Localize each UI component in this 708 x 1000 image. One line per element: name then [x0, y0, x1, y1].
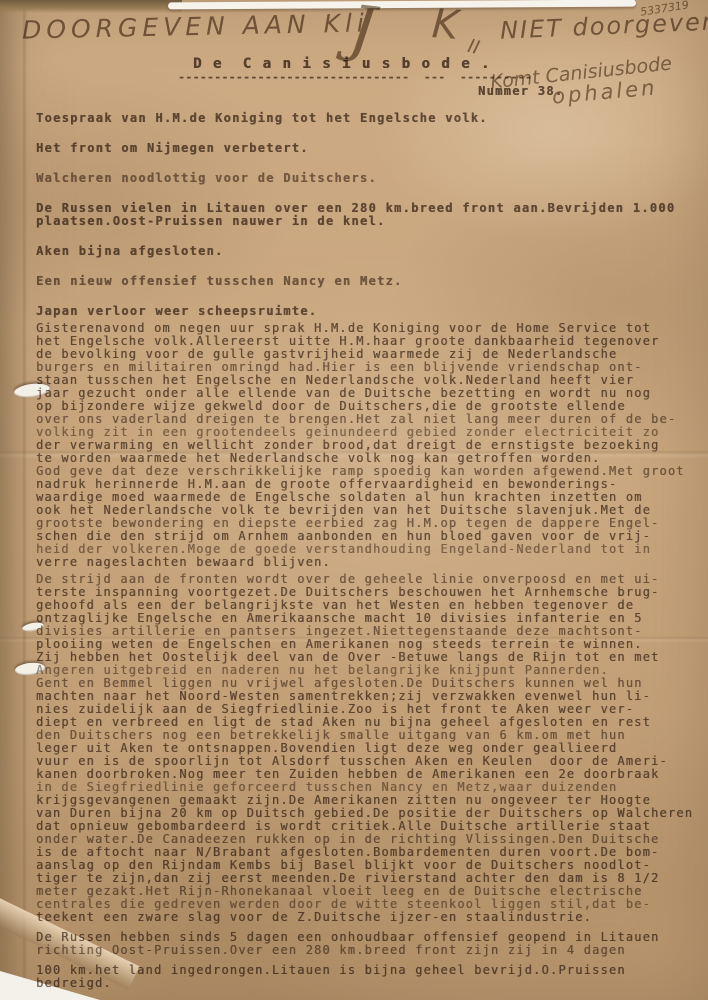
- body-line: teekent een zware slag voor de Z.Duitsch…: [36, 911, 708, 924]
- headline: Japan verloor weer scheepsruimte.: [36, 305, 696, 318]
- headline: Toespraak van H.M.de Koniging tot het En…: [36, 112, 696, 125]
- headline: Aken bijna afgesloten.: [36, 245, 696, 258]
- headline-list: Toespraak van H.M.de Koniging tot het En…: [36, 112, 696, 335]
- issue-number: Nummer 38.: [478, 84, 563, 98]
- body-line: 100 km.het land ingedrongen.Litauen is b…: [36, 964, 708, 977]
- handwritten-initial-k: K: [430, 1, 459, 49]
- headline: Het front om Nijmegen verbetert.: [36, 142, 696, 155]
- scanned-document: DOORGEVEN AAN Kli J K II NIET doorgeven …: [0, 0, 708, 1000]
- headline: Walcheren noodlottig voor de Duitschers.: [36, 172, 696, 185]
- body-line: verre nageslachten bewaard blijven.: [36, 556, 708, 569]
- headline: Een nieuw offensief tusschen Nancy en Me…: [36, 275, 696, 288]
- body-line: richting Oost-Pruissen.Over een 280 km.b…: [36, 944, 708, 957]
- masthead-rule: -------------------------------- --- ---…: [178, 70, 532, 84]
- body-line: bedreigd.: [36, 977, 708, 990]
- article-body: Gisterenavond om negen uur sprak H.M.de …: [36, 322, 708, 990]
- headline: De Russen vielen in Litauen over een 280…: [36, 202, 696, 228]
